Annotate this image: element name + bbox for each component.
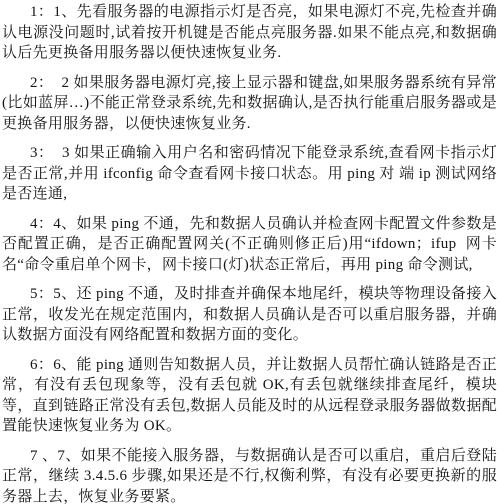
- paragraph-step-7: 7 、7、如果不能接入服务器，与数据确认是否可以重启，重启后登陆正常，继续 3.…: [2, 446, 497, 504]
- paragraph-step-6: 6：6、能 ping 通则告知数据人员，并让数据人员帮忙确认链路是否正常，有没有…: [2, 355, 497, 437]
- paragraph-step-5: 5：5、还 ping 不通，及时排查并确保本地尾纤，模块等物理设备接入正常，收发…: [2, 284, 497, 346]
- paragraph-step-2: 2： 2 如果服务器电源灯亮,接上显示器和键盘,如果服务器系统有异常(比如蓝屏……: [2, 73, 497, 135]
- paragraph-step-1: 1：1、先看服务器的电源指示灯是否亮，如果电源灯不亮,先检查并确认电源没问题时,…: [2, 2, 497, 64]
- paragraph-step-3: 3： 3 如果正确输入用户名和密码情况下能登录系统,查看网卡指示灯是否正常,并用…: [2, 143, 497, 205]
- paragraph-step-4: 4：4、如果 ping 不通，先和数据人员确认并检查网卡配置文件参数是否配置正确…: [2, 214, 497, 276]
- document-page: 1：1、先看服务器的电源指示灯是否亮，如果电源灯不亮,先检查并确认电源没问题时,…: [0, 0, 500, 504]
